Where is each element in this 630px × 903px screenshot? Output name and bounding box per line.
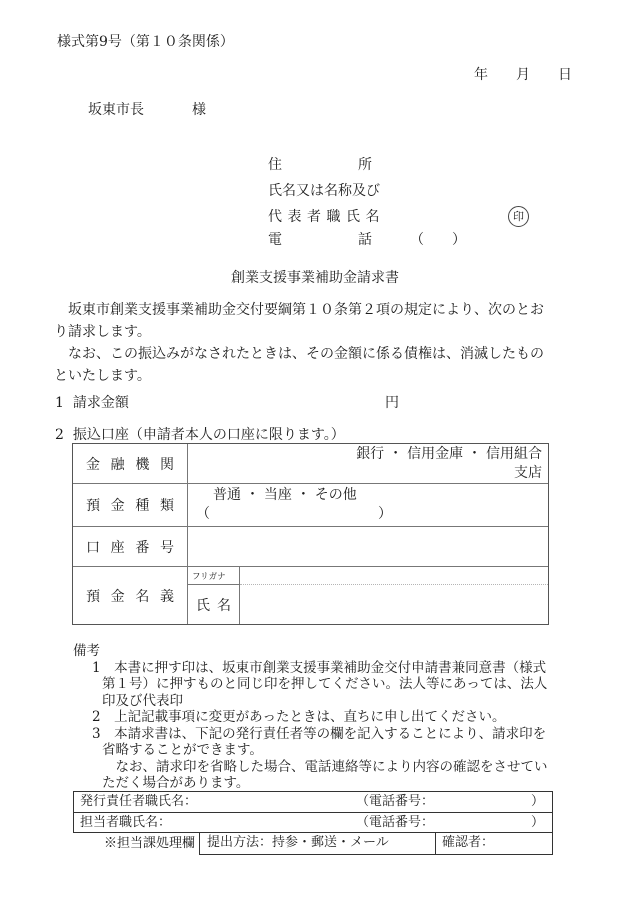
confirmer-cell: 確認者： [436,833,552,854]
remarks-line: 3 本請求書は、下記の発行責任者等の欄を記入することにより、請求印を [92,726,587,743]
page-title: 創業支援事業補助金請求書 [0,267,630,287]
body-line: り請求します。 [54,321,602,343]
account-holder-value-cell: フリガナ 氏名 [188,567,548,624]
account-holder-label-cell: 預金名義 [73,567,188,624]
staff-row: 担当者職氏名： （電話番号： ） [74,812,552,832]
holder-name-row: 氏名 [188,585,548,624]
body-line: 坂東市創業支援事業補助金交付要綱第１０条第２項の規定により、次のとお [54,299,602,321]
holder-name-label-cell: 氏名 [188,585,240,624]
issuer-phone-close-paren: ） [531,792,544,812]
account-number-label-cell: 口座番号 [73,527,188,566]
date-line: 年 月 日 [474,64,572,84]
remarks-line: 1 本書に押す印は、坂東市創業支援事業補助金交付申請書兼同意書（様式 [92,660,587,677]
remarks-line: 第１号）に押すものと同じ印を押してください。法人等にあっては、法人 [102,676,587,693]
remarks-line: 2 上記記載事項に変更があったときは、直ちに申し出てください。 [92,709,587,726]
issuer-phone-label: （電話番号： [356,792,434,812]
staff-label: 担当者職氏名： [74,815,171,830]
footer-table: 発行責任者職氏名： （電話番号： ） 担当者職氏名： （電話番号： ） ※担当課… [73,791,553,855]
remarks-line: なお、請求印を省略した場合、電話連絡等により内容の確認をさせてい [102,759,587,776]
remarks-heading: 備考 [73,643,587,660]
body-paragraph: 坂東市創業支援事業補助金交付要綱第１０条第２項の規定により、次のとお り請求しま… [54,299,602,387]
furigana-label-cell: フリガナ [188,567,240,585]
table-row: 預金名義 フリガナ 氏名 [73,566,548,624]
processing-row: ※担当課処理欄 提出方法：持参・郵送・メール 確認者： [73,833,553,855]
issuer-label: 発行責任者職氏名： [74,794,197,809]
addressee-honorific: 様 [192,102,206,118]
financial-institution-value-cell: 銀行 ・ 信用金庫 ・ 信用組合 支店 [188,444,548,483]
remarks-line: 印及び代表印 [102,693,587,710]
phone-parentheses: （ ） [410,229,466,249]
remarks-section: 備考 1 本書に押す印は、坂東市創業支援事業補助金交付申請書兼同意書（様式 第１… [73,643,587,792]
table-row: 金融機関 銀行 ・ 信用金庫 ・ 信用組合 支店 [73,444,548,483]
processing-section-label: ※担当課処理欄 [73,833,195,854]
footer-top-box: 発行責任者職氏名： （電話番号： ） 担当者職氏名： （電話番号： ） [73,791,553,833]
table-row: 口座番号 [73,526,548,566]
processing-box: 提出方法：持参・郵送・メール 確認者： [199,833,553,855]
seal-mark: 印 [508,206,529,227]
table-row: 預金種類 普通 ・ 当座 ・ その他 （ ） [73,483,548,526]
transfer-account-label: 振込口座（申請者本人の口座に限ります。） [73,427,345,443]
issuer-row: 発行責任者職氏名： （電話番号： ） [74,792,552,812]
branch-suffix: 支店 [188,464,542,483]
body-line: なお、この振込みがなされたときは、その金額に係る債権は、消滅したもの [54,343,602,365]
furigana-row: フリガナ [188,567,548,585]
document-page: 様式第9号（第１０条関係） 年 月 日 坂東市長様 住所 氏名又は名称及び 代表… [0,0,630,903]
addressee-line: 坂東市長様 [88,99,206,119]
staff-phone-close-paren: ） [531,813,544,833]
item-number: 2 [55,427,64,443]
form-number: 様式第9号（第１０条関係） [57,31,234,51]
applicant-phone-row: 電話 （ ） [268,229,498,249]
staff-phone-label: （電話番号： [356,813,434,833]
deposit-type-value-cell: 普通 ・ 当座 ・ その他 （ ） [188,484,548,526]
furigana-value-cell [240,567,548,585]
item-claim-amount: 1請求金額 円 [55,392,595,412]
institution-options: 銀行 ・ 信用金庫 ・ 信用組合 [188,445,542,464]
address-label: 住所 [268,154,372,174]
phone-label: 電話 [268,229,372,249]
deposit-type-label-cell: 預金種類 [73,484,188,526]
yen-unit: 円 [385,392,399,412]
remarks-line: 省略することができます。 [102,742,587,759]
account-number-value-cell [188,527,548,566]
addressee-name: 坂東市長 [88,102,144,118]
bank-account-table: 金融機関 銀行 ・ 信用金庫 ・ 信用組合 支店 預金種類 普通 ・ 当座 ・ … [72,443,549,625]
applicant-address-row: 住所 [268,154,372,174]
holder-name-value-cell [240,585,548,624]
claim-amount-label: 請求金額 [73,395,129,411]
financial-institution-label-cell: 金融機関 [73,444,188,483]
submission-method-cell: 提出方法：持参・郵送・メール [200,833,436,854]
applicant-name-label-line1: 氏名又は名称及び [268,180,380,200]
item-transfer-account: 2振込口座（申請者本人の口座に限ります。） [55,424,595,444]
applicant-name-label-line2: 代表者職氏名 [268,206,385,226]
item-number: 1 [55,395,64,411]
remarks-line: ただく場合があります。 [102,775,587,792]
deposit-type-options: 普通 ・ 当座 ・ その他 [213,486,548,505]
deposit-type-other-parens: （ ） [196,505,548,524]
body-line: といたします。 [54,365,602,387]
